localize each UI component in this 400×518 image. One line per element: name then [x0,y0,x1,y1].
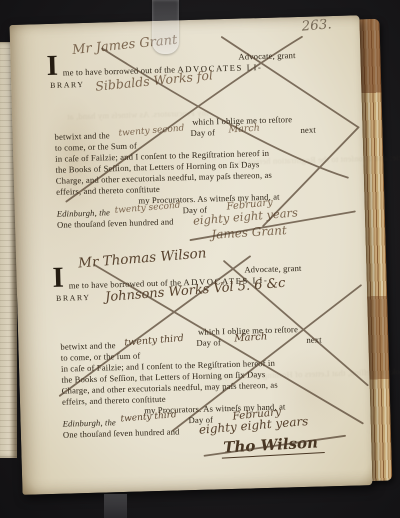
sign-day-handwritten: twenty second [114,201,181,216]
printed-brary: BRARY [50,80,85,90]
printed-next: next [306,334,322,344]
register-page: 263. in caſe of Failzie; and I conſent t… [9,15,372,495]
printed-advocate-grant: Advocate, grant [244,263,301,275]
printed-day-of: Day of [190,127,215,138]
printed-advocate-grant: Advocate, grant [238,50,295,62]
restore-month-handwritten: March [228,123,260,136]
drop-cap-initial: I [46,52,58,81]
borrower-name-handwritten: Mr Thomas Wilson [78,245,207,271]
page-number: 263. [301,16,332,34]
printed-year-line: One thouſand ſeven hundred and [63,426,180,439]
page-holder-clip-top [152,0,179,54]
drop-cap-initial: I [52,264,64,293]
page-holder-clip-bottom [104,494,127,518]
printed-edinburgh-prefix: Edinburgh, the [62,417,116,428]
restore-month-handwritten: March [234,331,268,344]
printed-year-line: One thouſand ſeven hundred and [57,217,174,230]
borrower-signature: James Grant [211,223,287,242]
printed-betwixt-prefix: betwixt and the [60,340,115,352]
printed-next: next [300,125,316,135]
printed-brary: BRARY [56,293,91,303]
restore-day-handwritten: twenty third [124,333,184,349]
sign-day-handwritten: twenty third [120,410,177,424]
sign-year-handwritten: eighty eight years [198,414,308,437]
restore-day-handwritten: twenty second [118,123,185,138]
printed-day-of: Day of [196,337,221,348]
book: 263. in caſe of Failzie; and I conſent t… [9,15,376,499]
show-through-text: my Procurators. As witneſs my hand, at [67,108,209,122]
photo-of-library-register: { "page_number": "263.", "form_print": {… [0,0,400,518]
printed-betwixt-prefix: betwixt and the [54,130,109,142]
printed-edinburgh-prefix: Edinburgh, the [57,207,111,218]
borrower-signature: Tho Wilson [221,433,325,459]
